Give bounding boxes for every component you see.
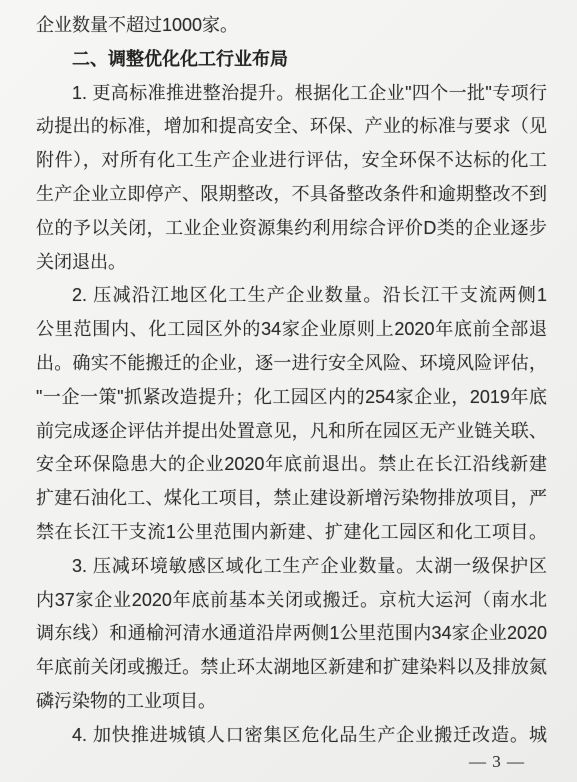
text-line: 安全环保隐患大的企业2020年底前退出。禁止在长江沿线新建 <box>36 448 547 482</box>
text-line: 动提出的标准，增加和提高安全、环保、产业的标准与要求（见 <box>36 110 547 144</box>
text-line: 附件），对所有化工生产企业进行评估，安全环保不达标的化工 <box>36 144 547 178</box>
text-line: 扩建石油化工、煤化工项目，禁止建设新增污染物排放项目，严 <box>36 482 547 516</box>
document-content: 企业数量不超过1000家。二、调整优化化工行业布局1. 更高标准推进整治提升。根… <box>36 9 547 753</box>
page-number: — 3 — <box>469 752 525 772</box>
text-line: 年底前关闭或搬迁。禁止环太湖地区新建和扩建染料以及排放氮 <box>36 651 547 685</box>
text-line: 关闭退出。 <box>36 246 547 280</box>
page-container: 企业数量不超过1000家。二、调整优化化工行业布局1. 更高标准推进整治提升。根… <box>0 0 577 782</box>
text-line: 磷污染物的工业项目。 <box>36 685 547 719</box>
text-line: 企业数量不超过1000家。 <box>36 9 547 43</box>
text-line: 位的予以关闭，工业企业资源集约利用综合评价D类的企业逐步 <box>36 212 547 246</box>
text-line: 出。确实不能搬迁的企业，逐一进行安全风险、环境风险评估， <box>36 347 547 381</box>
text-line: 前完成逐企评估并提出处置意见，凡和所在园区无产业链关联、 <box>36 415 547 449</box>
text-line: 生产企业立即停产、限期整改，不具备整改条件和逾期整改不到 <box>36 178 547 212</box>
text-line: 内37家企业2020年底前基本关闭或搬迁。京杭大运河（南水北 <box>36 584 547 618</box>
text-line: 禁在长江干支流1公里范围内新建、扩建化工园区和化工项目。 <box>36 516 547 550</box>
section-heading-line: 二、调整优化化工行业布局 <box>36 43 547 77</box>
text-line: 4. 加快推进城镇人口密集区危化品生产企业搬迁改造。城 <box>36 719 547 753</box>
text-line: 1. 更高标准推进整治提升。根据化工企业"四个一批"专项行 <box>36 77 547 111</box>
text-line: 调东线）和通榆河清水通道沿岸两侧1公里范围内34家企业2020 <box>36 617 547 651</box>
text-line: 2. 压减沿江地区化工生产企业数量。沿长江干支流两侧1 <box>36 279 547 313</box>
text-line: 3. 压减环境敏感区域化工生产企业数量。太湖一级保护区 <box>36 550 547 584</box>
text-line: "一企一策"抓紧改造提升；化工园区内的254家企业，2019年底 <box>36 381 547 415</box>
text-line: 公里范围内、化工园区外的34家企业原则上2020年底前全部退 <box>36 313 547 347</box>
